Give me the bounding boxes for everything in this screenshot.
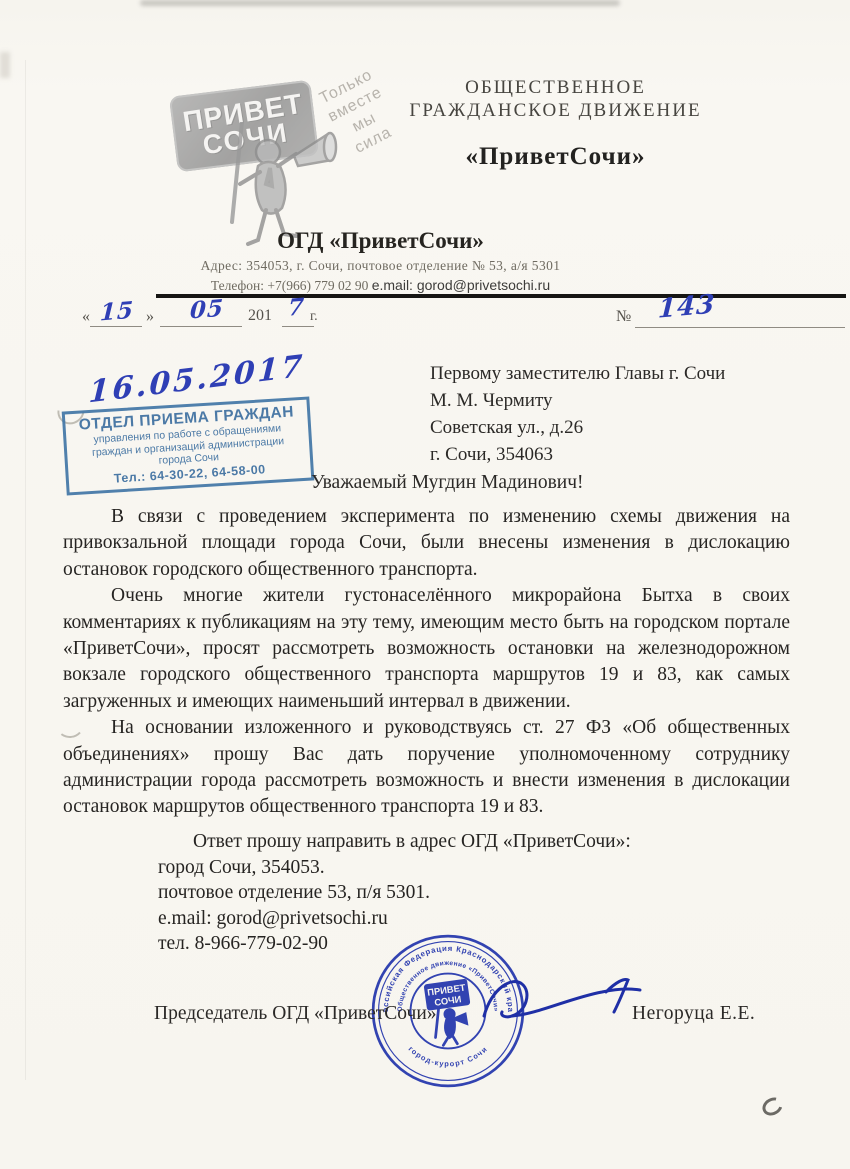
signatory-title: Председатель ОГД «ПриветСочи» <box>154 1003 437 1025</box>
handwritten-year: 7 <box>287 293 305 322</box>
seal-mascot-icon <box>436 1008 467 1045</box>
reply-line: тел. 8-966-779-02-90 <box>63 931 631 957</box>
recipient-line: Советская ул., д.26 <box>430 414 725 441</box>
year-printed: 201 <box>248 307 272 325</box>
org-email: e.mail: gorod@privetsochi.ru <box>372 277 550 293</box>
recipient-line: М. М. Чермиту <box>430 387 725 414</box>
reply-line: e.mail: gorod@privetsochi.ru <box>63 906 631 932</box>
quote-close: » <box>146 308 154 326</box>
reply-intro: Ответ прошу направить в адрес ОГД «Приве… <box>63 829 631 855</box>
signature-stroke <box>478 968 648 1038</box>
org-phone: Телефон: +7(966) 779 02 90 <box>211 278 368 293</box>
quote-open: « <box>82 308 90 326</box>
letter-body: В связи с проведением эксперимента по из… <box>63 504 790 821</box>
movement-name: «ПриветСочи» <box>383 143 728 171</box>
body-paragraph: В связи с проведением эксперимента по из… <box>63 504 790 583</box>
recipient-line: г. Сочи, 354063 <box>430 441 725 468</box>
reply-line: почтовое отделение 53, п/я 5301. <box>63 880 631 906</box>
number-label: № <box>616 308 631 326</box>
movement-line: ОБЩЕСТВЕННОЕ <box>383 76 728 99</box>
recipient-line: Первому заместителю Главы г. Сочи <box>430 360 725 387</box>
date-number-line: « 15 » 05 201 7 г. № 143 <box>60 300 850 334</box>
scan-artifact-top <box>140 0 620 6</box>
org-title: ОГД «ПриветСочи» <box>158 228 603 254</box>
body-paragraph: На основании изложенного и руководствуяс… <box>63 715 790 821</box>
year-suffix: г. <box>310 309 318 325</box>
reception-office-stamp: ОТДЕЛ ПРИЕМА ГРАЖДАН управления по работ… <box>62 397 315 495</box>
letterhead-divider <box>156 294 846 298</box>
reply-address-block: Ответ прошу направить в адрес ОГД «Приве… <box>63 829 631 957</box>
org-address: Адрес: 354053, г. Сочи, почтовое отделен… <box>158 258 603 274</box>
reply-line: город Сочи, 354053. <box>63 855 631 881</box>
scan-smudge <box>0 52 10 78</box>
org-logo: ПРИВЕТ СОЧИ Только вместе мы сила <box>165 80 395 235</box>
org-details: ОГД «ПриветСочи» Адрес: 354053, г. Сочи,… <box>158 228 603 294</box>
recipient-block: Первому заместителю Главы г. Сочи М. М. … <box>430 360 725 468</box>
salutation: Уважаемый Мугдин Мадинович! <box>311 472 584 494</box>
scanned-letter-page: ПРИВЕТ СОЧИ Только вместе мы сила <box>0 0 850 1169</box>
letterhead-header: ОБЩЕСТВЕННОЕ ГРАЖДАНСКОЕ ДВИЖЕНИЕ «Приве… <box>383 76 728 171</box>
org-contacts: Телефон: +7(966) 779 02 90 e.mail: gorod… <box>158 277 603 294</box>
body-paragraph: Очень многие жители густонаселённого мик… <box>63 583 790 715</box>
handwritten-number: 143 <box>657 289 716 324</box>
handwritten-month: 05 <box>189 294 224 324</box>
handwritten-day: 15 <box>99 296 134 326</box>
scan-artifact-bottom <box>759 1094 786 1119</box>
signatory-name: Негоруца Е.Е. <box>632 1003 755 1025</box>
movement-line: ГРАЖДАНСКОЕ ДВИЖЕНИЕ <box>383 99 728 122</box>
scan-fold-line <box>25 60 26 1080</box>
